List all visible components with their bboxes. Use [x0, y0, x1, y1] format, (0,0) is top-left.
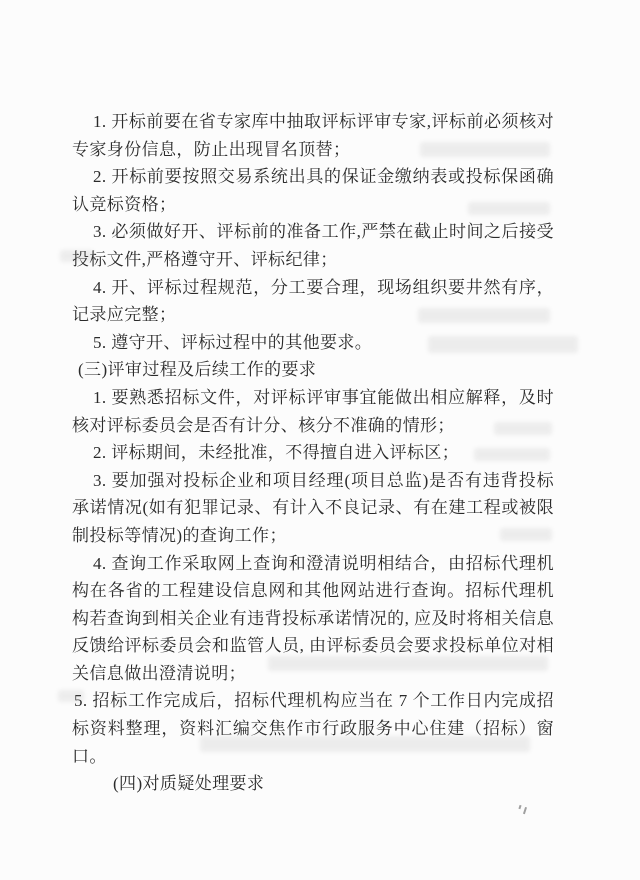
scan-artifact: [420, 142, 550, 157]
scan-artifact: [200, 736, 530, 752]
paragraph: 3. 必须做好开、评标前的准备工作,严禁在截止时间之后接受投标文件,严格遵守开、…: [72, 218, 554, 273]
paragraph: 3. 要加强对投标企业和项目经理(项目总监)是否有违背投标承诺情况(如有犯罪记录…: [72, 467, 554, 550]
section-heading: (三)评审过程及后续工作的要求: [72, 356, 554, 384]
scan-artifact: [60, 250, 94, 262]
scan-artifact: [418, 308, 550, 323]
scan-artifact: [474, 448, 550, 461]
scan-artifact: [468, 202, 550, 215]
scan-artifact: [58, 690, 84, 702]
scan-artifact: [494, 422, 552, 435]
scanned-document-page: 1. 开标前要在省专家库中抽取评标评审专家,评标前必须核对专家身份信息，防止出现…: [0, 0, 640, 880]
scan-artifact: [500, 528, 552, 541]
section-heading: (四)对质疑处理要求: [72, 770, 554, 798]
paragraph: 1. 要熟悉招标文件，对评标评审事宜能做出相应解释，及时核对评标委员会是否有计分…: [72, 384, 554, 439]
scan-artifact: [268, 656, 548, 671]
scan-artifact: [428, 336, 578, 353]
scan-speck: [517, 804, 529, 816]
paragraph: 5. 招标工作完成后，招标代理机构应当在 7 个工作日内完成招标资料整理，资料汇…: [72, 687, 554, 770]
